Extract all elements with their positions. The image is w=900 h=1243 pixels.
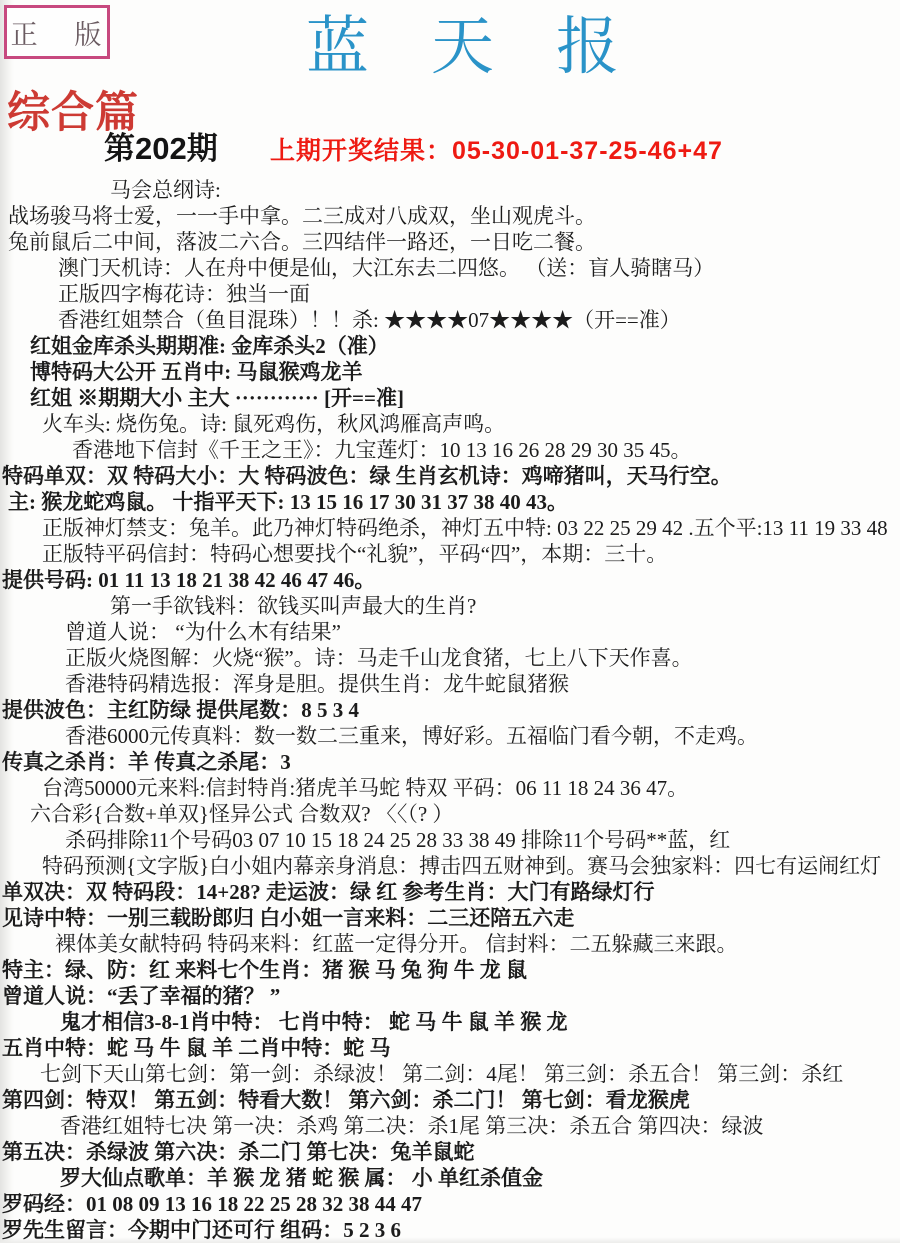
- text-line: 台湾50000元来料:信封特肖:猪虎羊马蛇 特双 平码：06 11 18 24 …: [0, 775, 900, 801]
- text-line: 红姐金库杀头期期准: 金库杀头2（准）: [0, 333, 900, 359]
- last-draw-result: 上期开奖结果：05-30-01-37-25-46+47: [270, 136, 723, 166]
- text-line: 正版火烧图解：火烧“猴”。诗：马走千山龙食猪，七上八下天作喜。: [0, 645, 900, 671]
- text-line: 提供号码: 01 11 13 18 21 38 42 46 47 46。: [0, 567, 900, 593]
- text-line: 香港红姐禁合（鱼目混珠）！！杀: ★★★★07★★★★（开==准）: [0, 307, 900, 333]
- page-title: 蓝天报: [306, 2, 681, 92]
- issue-number: 第202期: [104, 131, 218, 167]
- text-line: 澳门天机诗：人在舟中便是仙，大江东去二四悠。 （送：盲人骑瞎马）: [0, 255, 900, 281]
- text-line: 裸体美女献特码 特码来料：红蓝一定得分开。 信封料：二五躲藏三来跟。: [0, 931, 900, 957]
- text-line: 正版四字梅花诗：独当一面: [0, 281, 900, 307]
- text-line: 特主：绿、防：红 来料七个生肖：猪 猴 马 兔 狗 牛 龙 鼠: [0, 957, 900, 983]
- text-line: 传真之杀肖：羊 传真之杀尾：3: [0, 749, 900, 775]
- edition-badge-label: 正 版: [11, 13, 104, 52]
- text-line: 罗码经：01 08 09 13 16 18 22 25 28 32 38 44 …: [0, 1191, 900, 1217]
- text-line: 曾道人说：“丢了幸福的猪？ ”: [0, 983, 900, 1009]
- text-line: 罗大仙点歌单：羊 猴 龙 猪 蛇 猴 属： 小 单红杀值金: [0, 1165, 900, 1191]
- text-line: 特码单双：双 特码大小：大 特码波色：绿 生肖玄机诗：鸡啼猪叫，天马行空。: [0, 463, 900, 489]
- text-line: 第四剑：特双！ 第五剑：特看大数！ 第六剑：杀二门！ 第七剑：看龙猴虎: [0, 1087, 900, 1113]
- text-line: 火车头: 烧伤兔。诗: 鼠死鸡伤，秋风鸿雁高声鸣。: [0, 411, 900, 437]
- text-line: 香港红姐特七决 第一决：杀鸡 第二决：杀1尾 第三决：杀五合 第四决：绿波: [0, 1113, 900, 1139]
- text-line: 曾道人说： “为什么木有结果”: [0, 619, 900, 645]
- text-line: 罗先生留言：今期中门还可行 组码：5 2 3 6: [0, 1217, 900, 1243]
- text-line: 杀码排除11个号码03 07 10 15 18 24 25 28 33 38 4…: [0, 827, 900, 853]
- text-line: 特码预测{文字版}白小姐内幕亲身消息：搏击四五财神到。赛马会独家料：四七有运闹红…: [0, 853, 900, 879]
- text-line: 战场骏马将士爱，一一手中拿。二三成对八成双，坐山观虎斗。: [0, 203, 900, 229]
- text-line: 第五决：杀绿波 第六决：杀二门 第七决：兔羊鼠蛇: [0, 1139, 900, 1165]
- text-line: 六合彩{合数+单双}怪异公式 合数双? 〈〈（? ）: [0, 801, 900, 827]
- text-line: 兔前鼠后二中间，落波二六合。三四结伴一路还，一日吃二餐。: [0, 229, 900, 255]
- newspaper-page: 正 版 蓝天报 综合篇 第202期 上期开奖结果：05-30-01-37-25-…: [0, 0, 900, 1243]
- text-line: 马会总纲诗:: [0, 177, 900, 203]
- text-line: 红姐 ※期期大小 主大 ············ [开==准]: [0, 385, 900, 411]
- text-line: 正版神灯禁支：兔羊。此乃神灯特码绝杀，神灯五中特: 03 22 25 29 42…: [0, 515, 900, 541]
- content-lines: 马会总纲诗:战场骏马将士爱，一一手中拿。二三成对八成双，坐山观虎斗。兔前鼠后二中…: [0, 177, 900, 1243]
- text-line: 七剑下天山第七剑：第一剑：杀绿波！ 第二剑：4尾！ 第三剑：杀五合！ 第三剑：杀…: [0, 1061, 900, 1087]
- text-line: 博特码大公开 五肖中: 马鼠猴鸡龙羊: [0, 359, 900, 385]
- text-line: 提供波色：主红防绿 提供尾数：8 5 3 4: [0, 697, 900, 723]
- text-line: 正版特平码信封：特码心想要找个“礼貌”，平码“四”，本期：三十。: [0, 541, 900, 567]
- text-line: 五肖中特：蛇 马 牛 鼠 羊 二肖中特：蛇 马: [0, 1035, 900, 1061]
- text-line: 鬼才相信3-8-1肖中特： 七肖中特： 蛇 马 牛 鼠 羊 猴 龙: [0, 1009, 900, 1035]
- text-line: 香港地下信封《千王之王》：九宝莲灯：10 13 16 26 28 29 30 3…: [0, 437, 900, 463]
- text-line: 第一手欲钱料：欲钱买叫声最大的生肖?: [0, 593, 900, 619]
- text-line: 香港特码精选报：浑身是胆。提供生肖：龙牛蛇鼠猪猴: [0, 671, 900, 697]
- text-line: 见诗中特：一别三载盼郎归 白小姐一言来料：二三还陪五六走: [0, 905, 900, 931]
- text-line: 主: 猴龙蛇鸡鼠。 十指平天下: 13 15 16 17 30 31 37 38…: [0, 489, 900, 515]
- edition-badge: 正 版: [4, 5, 110, 59]
- text-line: 单双决：双 特码段：14+28? 走运波：绿 红 参考生肖：大门有路绿灯行: [0, 879, 900, 905]
- text-line: 香港6000元传真料：数一数二三重来，博好彩。五福临门看今朝，不走鸡。: [0, 723, 900, 749]
